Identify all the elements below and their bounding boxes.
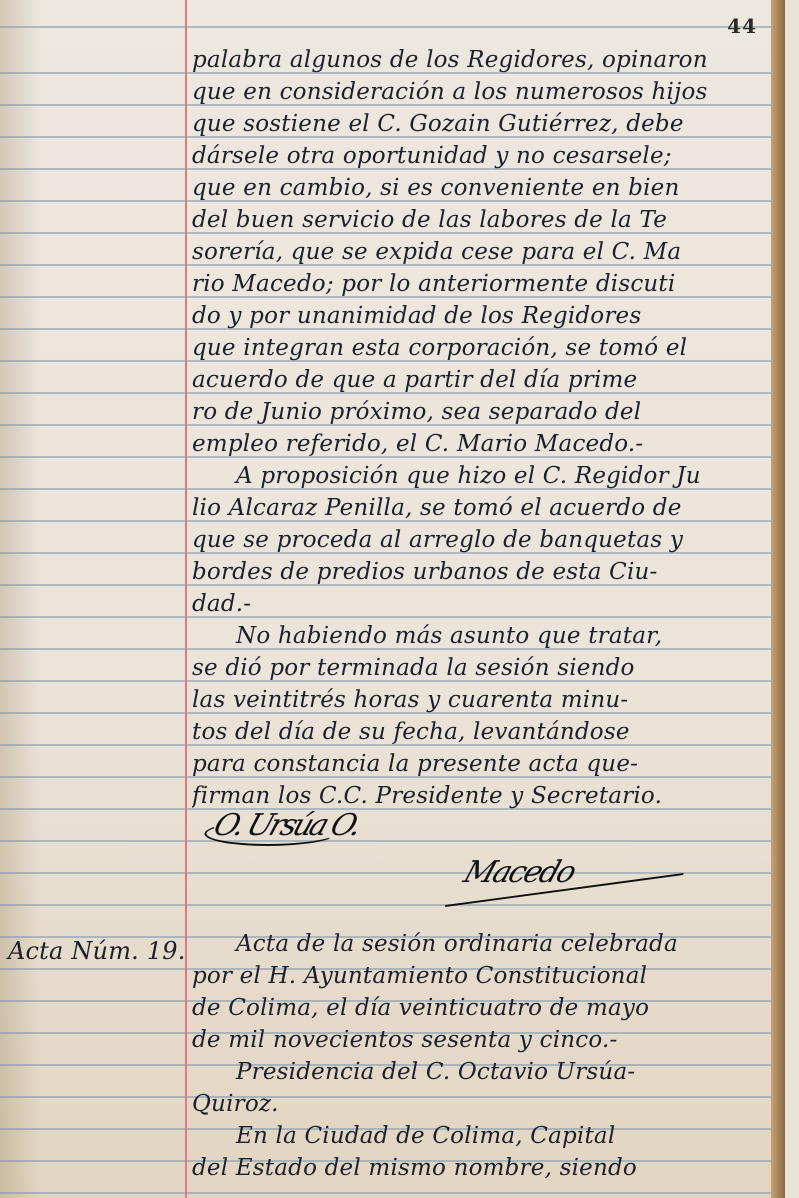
text-line: rio Macedo; por lo anteriormente discuti [192, 268, 763, 300]
text-line: las veintitrés horas y cuarenta minu- [192, 684, 763, 716]
text-line: empleo referido, el C. Mario Macedo.- [192, 428, 763, 460]
red-margin-line [185, 0, 187, 1198]
text-line: tos del día de su fecha, levantándose [192, 716, 763, 748]
text-line: ro de Junio próximo, sea separado del [192, 396, 763, 428]
paragraph-start-line: Presidencia del C. Octavio Ursúa- [192, 1056, 763, 1088]
text-line: acuerdo de que a partir del día prime [192, 364, 763, 396]
page-edge [771, 0, 785, 1198]
paragraph-start-line: No habiendo más asunto que tratar, [192, 620, 763, 652]
acta-number-margin-note: Acta Núm. 19. [8, 937, 186, 965]
paragraph-start-line: A proposición que hizo el C. Regidor Ju [192, 460, 763, 492]
ledger-page: 44 palabra algunos de los Regidores, opi… [0, 0, 785, 1198]
text-line: del buen servicio de las labores de la T… [192, 204, 763, 236]
text-line: que se proceda al arreglo de banquetas y [192, 524, 763, 556]
text-line: dad.- [192, 588, 763, 620]
text-line: para constancia la presente acta que- [192, 748, 763, 780]
page-number: 44 [727, 14, 757, 38]
text-line: sorería, que se expida cese para el C. M… [192, 236, 763, 268]
text-line: que integran esta corporación, se tomó e… [192, 332, 763, 364]
president-signature: O. Ursúa O. [209, 808, 363, 843]
text-line: de Colima, el día veinticuatro de mayo [192, 992, 763, 1024]
text-line: del Estado del mismo nombre, siendo [192, 1152, 763, 1184]
text-line: dársele otra oportunidad y no cesarsele; [192, 140, 763, 172]
text-line: palabra algunos de los Regidores, opinar… [192, 44, 763, 76]
text-line: que en consideración a los numerosos hij… [192, 76, 763, 108]
text-line: se dió por terminada la sesión siendo [192, 652, 763, 684]
paragraph-start-line: Acta de la sesión ordinaria celebrada [192, 928, 763, 960]
text-line: Quiroz. [192, 1088, 763, 1120]
text-line: por el H. Ayuntamiento Constitucional [192, 960, 763, 992]
text-line: lio Alcaraz Penilla, se tomó el acuerdo … [192, 492, 763, 524]
text-line: que en cambio, si es conveniente en bien [192, 172, 763, 204]
paragraph-start-line: En la Ciudad de Colima, Capital [192, 1120, 763, 1152]
text-line: de mil novecientos sesenta y cinco.- [192, 1024, 763, 1056]
text-line: do y por unanimidad de los Regidores [192, 300, 763, 332]
secretary-signature: Macedo [459, 855, 579, 890]
text-line: que sostiene el C. Gozain Gutiérrez, deb… [192, 108, 763, 140]
text-line: bordes de predios urbanos de esta Ciu- [192, 556, 763, 588]
